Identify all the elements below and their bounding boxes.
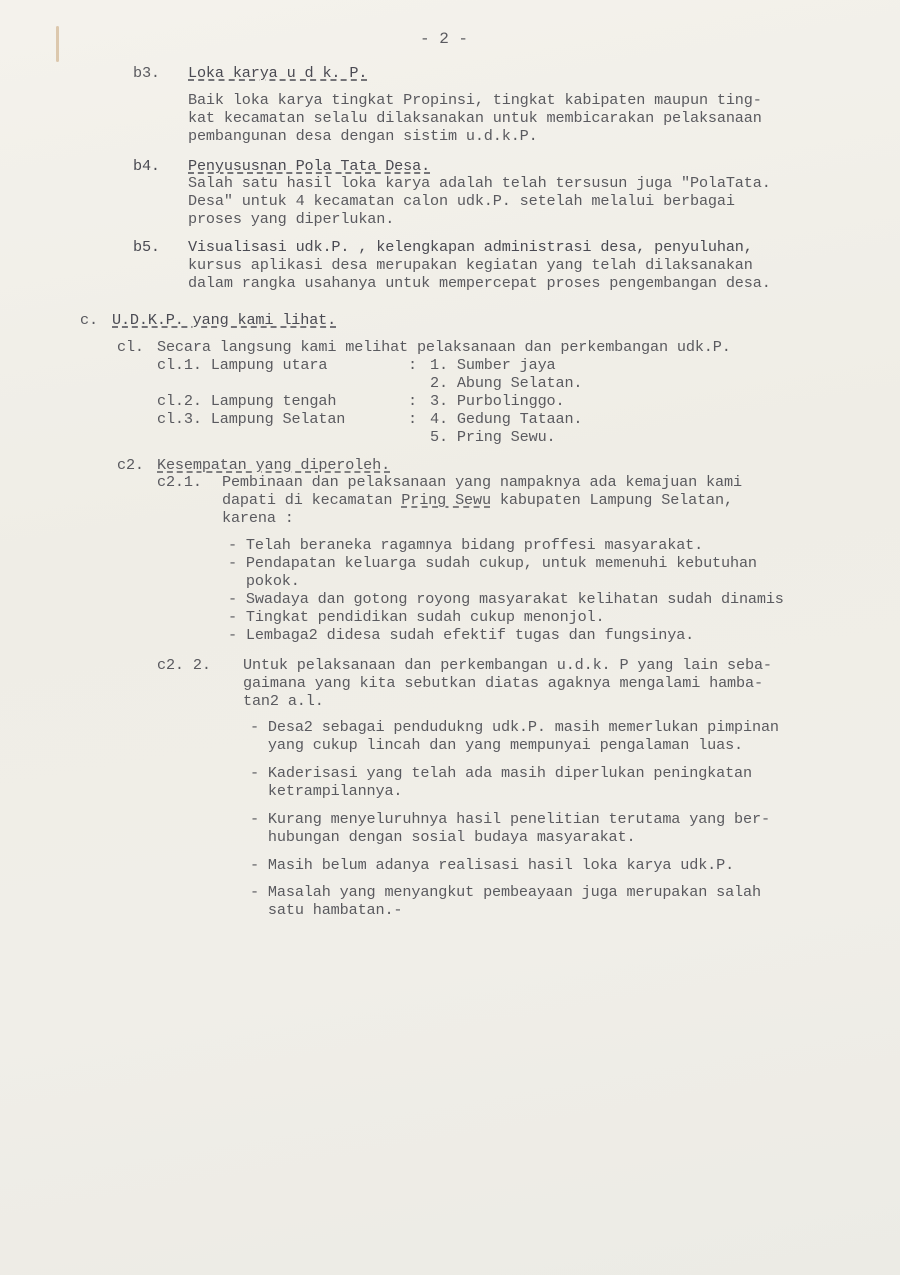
paper-stain [56,26,59,62]
c22-line-1: Untuk pelaksanaan dan perkembangan u.d.k… [243,656,772,674]
c22-line-3: tan2 a.l. [243,692,324,710]
c22-label: c2. 2. [157,656,211,674]
c22-line-2: gaimana yang kita sebutkan diatas agakny… [243,674,763,692]
c1-label: cl. [117,338,144,356]
c21-bullet-1: - Telah beraneka ragamnya bidang proffes… [228,536,703,554]
c1-text: Secara langsung kami melihat pelaksanaan… [157,338,731,356]
c21-bullet-3: - Swadaya dan gotong royong masyarakat k… [228,590,784,608]
c21-line-2: dapati di kecamatan Pring Sewu kabupaten… [222,491,733,509]
c22-bullet-3: - Kurang menyeluruhnya hasil penelitian … [250,810,770,828]
paper-background: - 2 - b3. Loka karya u d k. P. Baik loka… [0,0,900,1275]
b3-line-1: Baik loka karya tingkat Propinsi, tingka… [188,91,762,109]
c1-row-1-item: 1. Sumber jaya [430,356,556,374]
c22-bullet-5-cont: satu hambatan.- [250,901,402,919]
c-title: U.D.K.P. yang kami lihat. [112,311,336,329]
c1-row-4-item: 4. Gedung Tataan. [430,410,582,428]
c1-row-3-sep: : [408,392,417,410]
c1-row-4-label: cl.3. Lampung Selatan [157,410,345,428]
b4-line-2: Desa" untuk 4 kecamatan calon udk.P. set… [188,192,735,210]
b4-line-1: Salah satu hasil loka karya adalah telah… [188,174,771,192]
c21-line-2-post: kabupaten Lampung Selatan, [491,491,733,509]
c21-location-highlight: Pring Sewu [401,491,491,509]
c21-bullet-5: - Lembaga2 didesa sudah efektif tugas da… [228,626,694,644]
c2-label: c2. [117,456,144,474]
c22-bullet-1: - Desa2 sebagai pendudukng udk.P. masih … [250,718,779,736]
b4-label: b4. [133,157,160,175]
c21-label: c2.1. [157,473,202,491]
c1-row-1-label: cl.1. Lampung utara [157,356,327,374]
b4-title: Penyususnan Pola Tata Desa. [188,157,430,175]
b3-title: Loka karya u d k. P. [188,64,367,82]
c21-line-2-pre: dapati di kecamatan [222,491,401,509]
c22-bullet-2-cont: ketrampilannya. [250,782,402,800]
b5-label: b5. [133,238,160,256]
b4-line-3: proses yang diperlukan. [188,210,394,228]
b3-label: b3. [133,64,160,82]
c22-bullet-4: - Masih belum adanya realisasi hasil lok… [250,856,734,874]
c2-title: Kesempatan yang diperoleh. [157,456,390,474]
b3-line-3: pembangunan desa dengan sistim u.d.k.P. [188,127,538,145]
c1-row-3-item: 3. Purbolinggo. [430,392,564,410]
c1-row-2-item: 2. Abung Selatan. [430,374,582,392]
c22-bullet-3-cont: hubungan dengan sosial budaya masyarakat… [250,828,635,846]
b5-line-2: kursus aplikasi desa merupakan kegiatan … [188,256,753,274]
c1-row-4-sep: : [408,410,417,428]
c21-bullet-2: - Pendapatan keluarga sudah cukup, untuk… [228,554,757,572]
c1-row-1-sep: : [408,356,417,374]
c21-bullet-2-cont: pokok. [228,572,300,590]
c21-bullet-4: - Tingkat pendidikan sudah cukup menonjo… [228,608,605,626]
c1-row-5-item: 5. Pring Sewu. [430,428,556,446]
b5-line-3: dalam rangka usahanya untuk mempercepat … [188,274,771,292]
c22-bullet-5: - Masalah yang menyangkut pembeayaan jug… [250,883,761,901]
c-label: c. [80,311,98,329]
c21-line-1: Pembinaan dan pelaksanaan yang nampaknya… [222,473,742,491]
c1-row-3-label: cl.2. Lampung tengah [157,392,336,410]
page-number: - 2 - [420,30,468,48]
b5-line-1: Visualisasi udk.P. , kelengkapan adminis… [188,238,753,256]
c22-bullet-1-cont: yang cukup lincah dan yang mempunyai pen… [250,736,743,754]
b3-line-2: kat kecamatan selalu dilaksanakan untuk … [188,109,762,127]
c22-bullet-2: - Kaderisasi yang telah ada masih diperl… [250,764,752,782]
c21-line-3: karena : [222,509,294,527]
